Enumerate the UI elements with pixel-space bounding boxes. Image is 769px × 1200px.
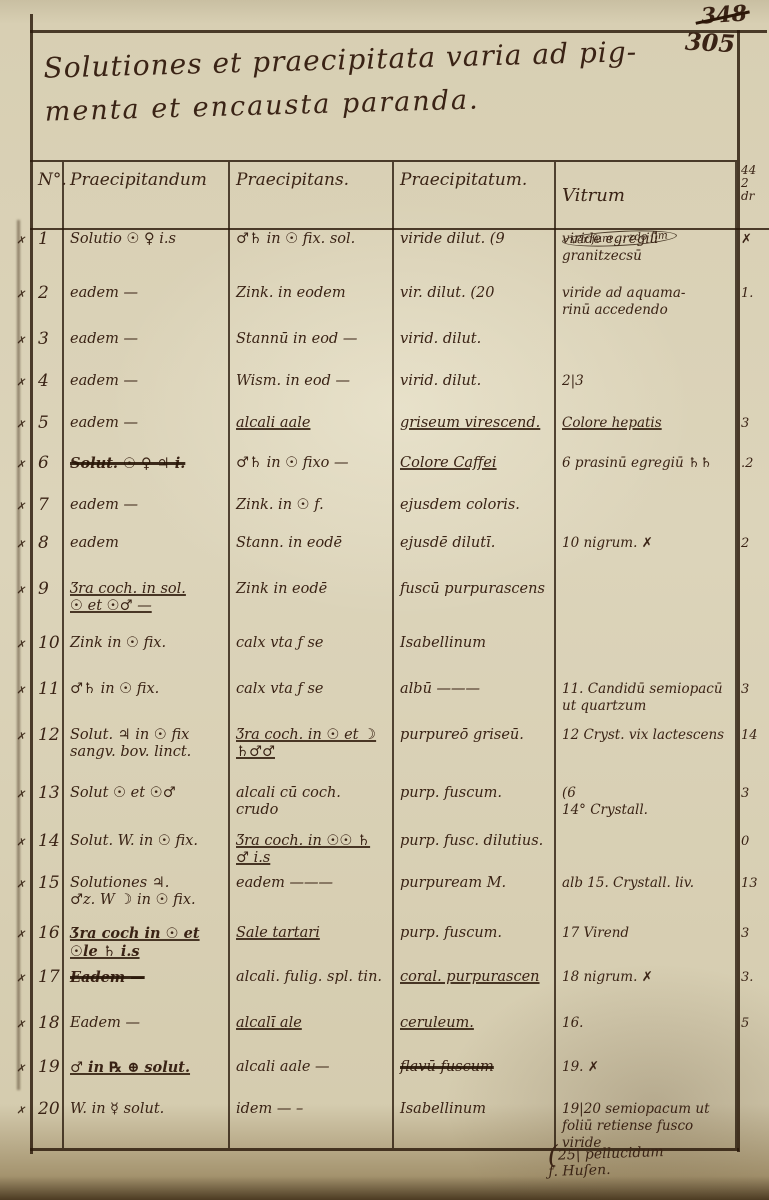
cell-praecipitandum: W. in ☿ solut. xyxy=(70,1101,164,1117)
row-number: 3 xyxy=(38,329,49,349)
cell-praecipitandum: eadem xyxy=(70,535,119,551)
cell-praecipitandum: Eadem — xyxy=(70,969,145,986)
row-number: 7 xyxy=(38,495,49,515)
table-row: ✗ 16 Ʒra coch in ☉ et ☉le ♄ i.s Sale tar… xyxy=(30,922,769,966)
row-number: 10 xyxy=(38,633,60,653)
cell-praecipitans: alcali aale xyxy=(236,415,310,431)
cell-praecipitans: calx vta ƒ se xyxy=(236,635,323,651)
cell-vitrum: 12 Cryst. vix lactescens xyxy=(562,727,724,743)
cell-margin-note: 3 xyxy=(741,416,749,431)
table-row: ✗ 12 Solut. ♃ in ☉ fix sangv. bov. linct… xyxy=(30,724,769,782)
cell-margin-note: 5 xyxy=(741,1016,749,1031)
cell-praecipitatum: purp. fuscum. xyxy=(400,785,502,801)
header-praecipitans: Praecipitans. xyxy=(230,162,394,228)
header-vitrum-label: Vitrum xyxy=(562,185,625,206)
cell-margin-note: 0 xyxy=(741,834,749,849)
margin-tick-icon: ✗ xyxy=(16,729,28,744)
cell-praecipitandum: eadem — xyxy=(70,285,138,301)
cell-margin-note: 3. xyxy=(741,970,753,985)
cell-vitrum: 11. Candidū semiopacū ut quartzum xyxy=(562,681,723,714)
cell-praecipitatum: coral. purpurascen xyxy=(400,969,540,985)
margin-tick-icon: ✗ xyxy=(16,375,28,390)
table-row: ✗ 5 eadem — alcali aale griseum virescen… xyxy=(30,412,769,452)
cell-praecipitandum: ♂♄ in ☉ fix. xyxy=(70,681,159,697)
cell-vitrum: 19|20 semiopacum ut foliū retiense fusco… xyxy=(562,1101,710,1151)
frame-top-line xyxy=(30,30,767,33)
cell-praecipitandum: eadem — xyxy=(70,373,138,389)
margin-tick-icon: ✗ xyxy=(16,1061,28,1076)
cell-praecipitandum: Solut. ♃ in ☉ fix sangv. bov. linct. xyxy=(70,727,191,760)
crossed-page-number: 348 xyxy=(700,0,748,29)
cell-praecipitans: idem — – xyxy=(236,1101,303,1117)
margin-tick-icon: ✗ xyxy=(16,583,28,598)
manuscript-page: 348 305 Solutiones et praecipitata varia… xyxy=(0,0,769,1200)
cell-praecipitans: Zink. in ☉ f. xyxy=(236,497,324,513)
margin-tick-icon: ✗ xyxy=(16,233,28,248)
cell-praecipitandum: Ʒra coch. in sol. ☉ et ☉♂ — xyxy=(70,581,186,614)
cell-praecipitandum: Solut. W. in ☉ fix. xyxy=(70,833,198,849)
table-row: ✗ 15 Solutiones ♃. ♂z. W ☽ in ☉ fix. ead… xyxy=(30,872,769,922)
table-row: ✗ 2 eadem — Zink. in eodem vir. dilut. (… xyxy=(30,282,769,328)
header-praecipitatum: Praecipitatum. xyxy=(394,162,556,228)
cell-praecipitatum: purpuream M. xyxy=(400,875,506,891)
margin-tick-icon: ✗ xyxy=(16,637,28,652)
cell-margin-note: ✗ xyxy=(741,232,752,247)
margin-tick-icon: ✗ xyxy=(16,499,28,514)
margin-tick-icon: ✗ xyxy=(16,835,28,850)
cell-vitrum: 10 nigrum. ✗ xyxy=(562,535,653,551)
cell-vitrum: 18 nigrum. ✗ xyxy=(562,969,653,985)
cell-praecipitans: alcali cū coch. crudo xyxy=(236,785,341,818)
header-vitrum: Vitrum ver ſum ... zdo ſim xyxy=(556,162,737,228)
cell-praecipitandum: eadem — xyxy=(70,497,138,513)
cell-margin-note: 1. xyxy=(741,286,753,301)
cell-praecipitatum: ejusdem coloris. xyxy=(400,497,520,513)
table-row: ✗ 9 Ʒra coch. in sol. ☉ et ☉♂ — Zink in … xyxy=(30,578,769,632)
cell-praecipitans: alcalī ale xyxy=(236,1015,302,1031)
table-body: ✗ 1 Solutio ☉ ♀ i.s ♂♄ in ☉ fix. sol. vi… xyxy=(30,228,769,1148)
table-row: ✗ 20 W. in ☿ solut. idem — – Isabellinum… xyxy=(30,1098,769,1148)
cell-praecipitatum: viride dilut. (9 xyxy=(400,231,505,247)
footer-note: 25| pellucidum ƒ. Huſen. xyxy=(547,1144,664,1180)
row-number: 16 xyxy=(38,923,60,943)
row-number: 14 xyxy=(38,831,60,851)
table-row: ✗ 14 Solut. W. in ☉ fix. Ʒra coch. in ☉☉… xyxy=(30,830,769,872)
cell-praecipitatum: griseum virescend. xyxy=(400,415,540,431)
cell-praecipitans: calx vta ƒ se xyxy=(236,681,323,697)
margin-tick-icon: ✗ xyxy=(16,971,28,986)
table-row: ✗ 10 Zink in ☉ fix. calx vta ƒ se Isabel… xyxy=(30,632,769,678)
margin-tick-icon: ✗ xyxy=(16,877,28,892)
margin-tick-icon: ✗ xyxy=(16,1017,28,1032)
cell-praecipitans: alcali aale — xyxy=(236,1059,330,1075)
table-row: ✗ 8 eadem Stann. in eodē ejusdē dilutī. … xyxy=(30,532,769,578)
cell-margin-note: 3 xyxy=(741,786,749,801)
cell-praecipitans: eadem ——— xyxy=(236,875,333,891)
cell-praecipitans: alcali. fulig. spl. tin. xyxy=(236,969,382,985)
cell-vitrum: 6 prasinū egregiū ♄♄ xyxy=(562,455,712,471)
cell-praecipitandum: eadem — xyxy=(70,415,138,431)
cell-praecipitans: Wism. in eod — xyxy=(236,373,350,389)
cell-praecipitandum: Eadem — xyxy=(70,1015,140,1031)
margin-tick-icon: ✗ xyxy=(16,417,28,432)
title-line-2: menta et encausta paranda. xyxy=(44,77,735,127)
cell-vitrum: 16. xyxy=(562,1015,583,1031)
table-row: ✗ 3 eadem — Stannū in eod — virid. dilut… xyxy=(30,328,769,370)
cell-praecipitans: Sale tartari xyxy=(236,925,320,941)
margin-tick-icon: ✗ xyxy=(16,457,28,472)
table-row: ✗ 1 Solutio ☉ ♀ i.s ♂♄ in ☉ fix. sol. vi… xyxy=(30,228,769,282)
cell-vitrum: 17 Virend xyxy=(562,925,629,941)
cell-praecipitans: Stann. in eodē xyxy=(236,535,342,551)
table-row: ✗ 18 Eadem — alcalī ale ceruleum. 16. 5 xyxy=(30,1012,769,1056)
table-row: ✗ 7 eadem — Zink. in ☉ f. ejusdem colori… xyxy=(30,494,769,532)
cell-margin-note: 14 xyxy=(741,728,758,743)
cell-praecipitandum: Ʒra coch in ☉ et ☉le ♄ i.s xyxy=(70,925,200,960)
row-number: 12 xyxy=(38,725,60,745)
cell-praecipitatum: ejusdē dilutī. xyxy=(400,535,495,551)
table-row: ✗ 4 eadem — Wism. in eod — virid. dilut.… xyxy=(30,370,769,412)
cell-praecipitatum: albū ——— xyxy=(400,681,480,697)
cell-praecipitatum: Isabellinum xyxy=(400,635,486,651)
row-number: 5 xyxy=(38,413,49,433)
cell-praecipitatum: purp. fuscum. xyxy=(400,925,502,941)
cell-praecipitatum: flavū fuscum xyxy=(400,1059,494,1075)
margin-tick-icon: ✗ xyxy=(16,287,28,302)
cell-vitrum: (6 14° Crystall. xyxy=(562,785,648,818)
document-title: Solutiones et praecipitata varia ad pig-… xyxy=(43,32,735,127)
header-margin-notes: 44 2 dr xyxy=(737,162,769,228)
row-number: 15 xyxy=(38,873,60,893)
cell-praecipitandum: Solutiones ♃. ♂z. W ☽ in ☉ fix. xyxy=(70,875,196,908)
cell-praecipitandum: Solut. ☉ ♀ ♃ i. xyxy=(70,455,185,472)
cell-praecipitatum: Colore Caffei xyxy=(400,455,497,471)
cell-vitrum: viride egregiū granitzecsū xyxy=(562,231,658,264)
cell-praecipitans: Ʒra coch. in ☉☉ ♄ ♂ i.s xyxy=(236,833,370,866)
table-row: ✗ 11 ♂♄ in ☉ fix. calx vta ƒ se albū ———… xyxy=(30,678,769,724)
cell-praecipitatum: fuscū purpurascens xyxy=(400,581,545,597)
cell-praecipitatum: vir. dilut. (20 xyxy=(400,285,494,301)
margin-tick-icon: ✗ xyxy=(16,1103,28,1118)
row-number: 17 xyxy=(38,967,60,987)
cell-praecipitatum: purp. fusc. dilutius. xyxy=(400,833,543,849)
margin-tick-icon: ✗ xyxy=(16,333,28,348)
margin-tick-icon: ✗ xyxy=(16,537,28,552)
cell-margin-note: 2 xyxy=(741,536,749,551)
row-number: 6 xyxy=(38,453,49,473)
table-row: ✗ 6 Solut. ☉ ♀ ♃ i. ♂♄ in ☉ fixo — Color… xyxy=(30,452,769,494)
cell-praecipitans: Ʒra coch. in ☉ et ☽ ♄♂♂ xyxy=(236,727,376,760)
cell-vitrum: alb 15. Crystall. liv. xyxy=(562,875,694,891)
cell-praecipitatum: Isabellinum xyxy=(400,1101,486,1117)
row-number: 18 xyxy=(38,1013,60,1033)
cell-margin-note: .2 xyxy=(741,456,753,471)
row-number: 1 xyxy=(38,229,49,249)
row-number: 20 xyxy=(38,1099,60,1119)
margin-tick-icon: ✗ xyxy=(16,787,28,802)
row-number: 11 xyxy=(38,679,60,699)
row-number: 8 xyxy=(38,533,49,553)
cell-margin-note: 13 xyxy=(741,876,758,891)
table-row: ✗ 17 Eadem — alcali. fulig. spl. tin. co… xyxy=(30,966,769,1012)
cell-praecipitans: ♂♄ in ☉ fix. sol. xyxy=(236,231,355,247)
cell-praecipitans: Stannū in eod — xyxy=(236,331,357,347)
cell-vitrum: viride ad aquama- rinū accedendo xyxy=(562,285,685,318)
cell-praecipitandum: eadem — xyxy=(70,331,138,347)
cell-praecipitatum: ceruleum. xyxy=(400,1015,474,1031)
table-row: ✗ 13 Solut ☉ et ☉♂ alcali cū coch. crudo… xyxy=(30,782,769,830)
header-n: N°. xyxy=(30,162,64,228)
cell-praecipitatum: virid. dilut. xyxy=(400,373,481,389)
margin-tick-icon: ✗ xyxy=(16,683,28,698)
row-number: 2 xyxy=(38,283,49,303)
left-margin-smudge xyxy=(17,220,20,1090)
cell-praecipitatum: virid. dilut. xyxy=(400,331,481,347)
cell-vitrum: 19. ✗ xyxy=(562,1059,599,1075)
cell-praecipitandum: Solut ☉ et ☉♂ xyxy=(70,785,176,801)
cell-praecipitatum: purpureō griseū. xyxy=(400,727,524,743)
margin-tick-icon: ✗ xyxy=(16,927,28,942)
cell-praecipitans: Zink in eodē xyxy=(236,581,327,597)
table-row: ✗ 19 ♂ in ℞ ⊕ solut. alcali aale — flavū… xyxy=(30,1056,769,1098)
table-header-row: N°. Praecipitandum Praecipitans. Praecip… xyxy=(30,162,769,228)
cell-praecipitandum: Solutio ☉ ♀ i.s xyxy=(70,231,176,247)
cell-margin-note: 3 xyxy=(741,682,749,697)
cell-praecipitans: ♂♄ in ☉ fixo — xyxy=(236,455,349,471)
row-number: 4 xyxy=(38,371,49,391)
cell-vitrum: 2|3 xyxy=(562,373,584,389)
row-number: 13 xyxy=(38,783,60,803)
cell-praecipitandum: ♂ in ℞ ⊕ solut. xyxy=(70,1059,190,1076)
row-number: 9 xyxy=(38,579,49,599)
cell-margin-note: 3 xyxy=(741,926,749,941)
row-number: 19 xyxy=(38,1057,60,1077)
header-praecipitandum: Praecipitandum xyxy=(64,162,230,228)
title-line-1: Solutiones et praecipitata varia ad pig- xyxy=(43,32,734,84)
cell-praecipitans: Zink. in eodem xyxy=(236,285,346,301)
cell-vitrum: Colore hepatis xyxy=(562,415,662,431)
cell-praecipitandum: Zink in ☉ fix. xyxy=(70,635,166,651)
